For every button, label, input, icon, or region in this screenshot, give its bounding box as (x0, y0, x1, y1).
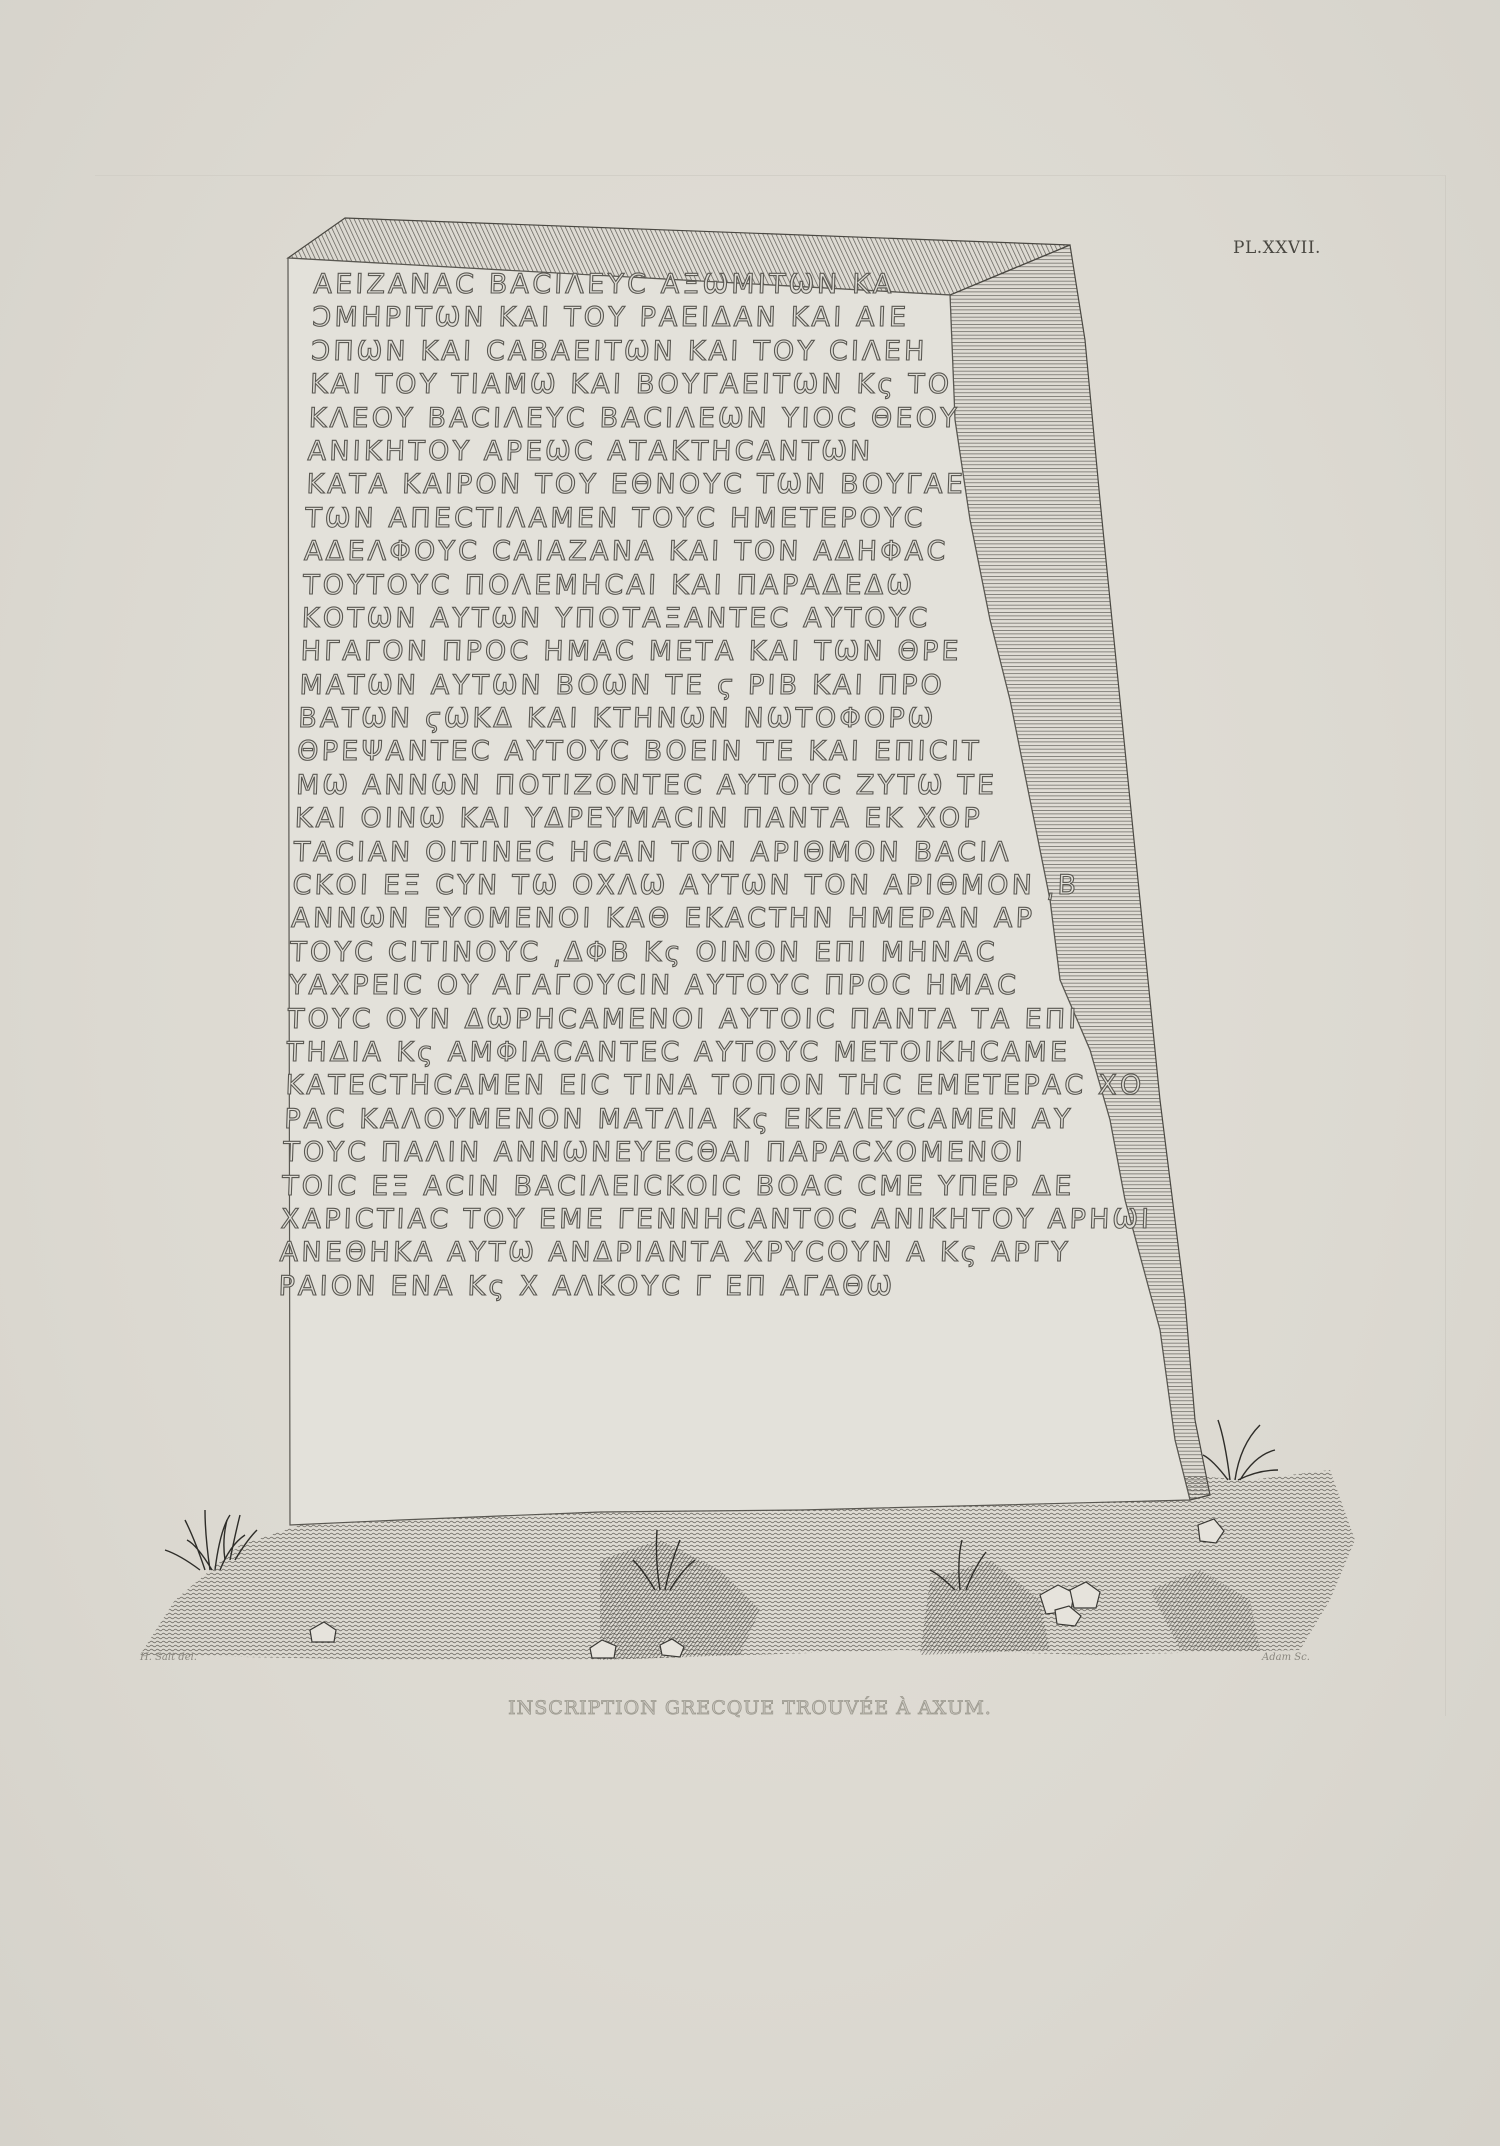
inscription-line: ΤΗΔΙΑ Κς ΑΜΦΙΑϹΑΝΤΕϹ ΑΥΤΟΥϹ ΜΕΤΟΙΚΗϹΑΜΕ (286, 1036, 1207, 1069)
greek-inscription: ΑΕΙΖΑΝΑϹ ΒΑϹΙΛΕΥϹ ΑΞѠΜΙΤѠΝ ΚΑ ϽΜΗΡΙΤѠΝ Κ… (278, 268, 1234, 1303)
inscription-line: ΤΟΥΤΟΥϹ ΠΟΛΕΜΗϹΑΙ ΚΑΙ ΠΑΡΑΔΕΔѠ (302, 569, 1223, 602)
inscription-line: ΚΑΙ ΟΙΝѠ ΚΑΙ ΥΔΡΕΥΜΑϹΙΝ ΠΑΝΤΑ ΕΚ ΧΟΡ (294, 802, 1215, 835)
inscription-line: ΚΑΤΕϹΤΗϹΑΜΕΝ ΕΙϹ ΤΙΝΑ ΤΟΠΟΝ ΤΗϹ ΕΜΕΤΕΡΑϹ… (285, 1069, 1206, 1102)
inscription-line: ϽΜΗΡΙΤѠΝ ΚΑΙ ΤΟΥ ΡΑΕΙΔΑΝ ΚΑΙ ΑΙΕ (312, 301, 1233, 334)
inscription-line: ΑΝΝѠΝ ΕΥΟΜΕΝΟΙ ΚΑΘ ΕΚΑϹΤΗΝ ΗΜΕΡΑΝ ΑΡ (291, 902, 1212, 935)
inscription-line: ΑΔΕΛΦΟΥϹ ϹΑΙΑΖΑΝΑ ΚΑΙ ΤΟΝ ΑΔΗΦΑϹ (304, 535, 1225, 568)
inscription-line: ΡΑΙΟΝ ΕΝΑ Κς Χ ΑΛΚΟΥϹ Γ ΕΠ ΑΓΑΘѠ (278, 1270, 1199, 1303)
inscription-line: ΡΑϹ ΚΑΛΟΥΜΕΝΟΝ ΜΑΤΛΙΑ Κς ΕΚΕΛΕΥϹΑΜΕΝ ΑΥ (284, 1103, 1205, 1136)
inscription-line: ΚΑΙ ΤΟΥ ΤΙΑΜѠ ΚΑΙ ΒΟΥΓΑΕΙΤѠΝ Κς ΤΟ (309, 368, 1230, 401)
inscription-line: ΜΑΤѠΝ ΑΥΤѠΝ ΒΟѠΝ ΤΕ ϛ ΡΙΒ ΚΑΙ ΠΡΟ (299, 669, 1220, 702)
inscription-line: ΘΡΕΨΑΝΤΕϹ ΑΥΤΟΥϹ ΒΟΕΙΝ ΤΕ ΚΑΙ ΕΠΙϹΙΤ (297, 735, 1218, 768)
inscription-line: ΚΑΤΑ ΚΑΙΡΟΝ ΤΟΥ ΕΘΝΟΥϹ ΤѠΝ ΒΟΥΓΑΕ (306, 468, 1227, 501)
inscription-line: ΑΝΕΘΗΚΑ ΑΥΤѠ ΑΝΔΡΙΑΝΤΑ ΧΡΥϹΟΥΝ Α Κς ΑΡΓΥ (279, 1236, 1200, 1269)
plate-caption: INSCRIPTION GRECQUE TROUVÉE À AXUM. (0, 1697, 1500, 1719)
inscription-line: ϽΠѠΝ ΚΑΙ ϹΑΒΑΕΙΤѠΝ ΚΑΙ ΤΟΥ ϹΙΛΕΗ (311, 335, 1232, 368)
inscription-line: ΤΑϹΙΑΝ ΟΙΤΙΝΕϹ ΗϹΑΝ ΤΟΝ ΑΡΙΘΜΟΝ ΒΑϹΙΛ (293, 836, 1214, 869)
inscription-line: ΒΑΤѠΝ ϛѠΚΔ ΚΑΙ ΚΤΗΝѠΝ ΝѠΤΟΦΟΡѠ (298, 702, 1219, 735)
inscription-line: ΤΟΥϹ ΟΥΝ ΔѠΡΗϹΑΜΕΝΟΙ ΑΥΤΟΙϹ ΠΑΝΤΑ ΤΑ ΕΠΙ (287, 1003, 1208, 1036)
inscription-line: ΤΟΥϹ ΠΑΛΙΝ ΑΝΝѠΝΕΥΕϹΘΑΙ ΠΑΡΑϹΧΟΜΕΝΟΙ (283, 1136, 1204, 1169)
inscription-line: ΤѠΝ ΑΠΕϹΤΙΛΑΜΕΝ ΤΟΥϹ ΗΜΕΤΕΡΟΥϹ (305, 502, 1226, 535)
inscription-line: ΤΟΥϹ ϹΙΤΙΝΟΥϹ ͵ΔΦΒ Κς ΟΙΝΟΝ ΕΠΙ ΜΗΝΑϹ (290, 936, 1211, 969)
inscription-line: ΜѠ ΑΝΝѠΝ ΠΟΤΙΖΟΝΤΕϹ ΑΥΤΟΥϹ ΖΥΤѠ ΤΕ (295, 769, 1216, 802)
inscription-line: ΧΑΡΙϹΤΙΑϹ ΤΟΥ ΕΜΕ ΓΕΝΝΗϹΑΝΤΟϹ ΑΝΙΚΗΤΟΥ Α… (280, 1203, 1201, 1236)
engraver-credit: Adam Sc. (1262, 1652, 1310, 1663)
inscription-line: ΥΑΧΡΕΙϹ ΟΥ ΑΓΑΓΟΥϹΙΝ ΑΥΤΟΥϹ ΠΡΟϹ ΗΜΑϹ (288, 969, 1209, 1002)
inscription-line: ΚΛΕΟΥ ΒΑϹΙΛΕΥϹ ΒΑϹΙΛΕѠΝ ΥΙΟϹ ΘΕΟΥ (308, 402, 1229, 435)
inscription-line: ΗΓΑΓΟΝ ΠΡΟϹ ΗΜΑϹ ΜΕΤΑ ΚΑΙ ΤѠΝ ΘΡΕ (300, 635, 1221, 668)
inscription-line: ΤΟΙϹ ΕΞ ΑϹΙΝ ΒΑϹΙΛΕΙϹΚΟΙϹ ΒΟΑϹ ϹΜΕ ΥΠΕΡ … (281, 1170, 1202, 1203)
artist-credit: H. Salt del. (140, 1652, 197, 1663)
inscription-line: ΚΟΤѠΝ ΑΥΤѠΝ ΥΠΟΤΑΞΑΝΤΕϹ ΑΥΤΟΥϹ (301, 602, 1222, 635)
inscription-line: ΑΕΙΖΑΝΑϹ ΒΑϹΙΛΕΥϹ ΑΞѠΜΙΤѠΝ ΚΑ (313, 268, 1234, 301)
inscription-line: ΑΝΙΚΗΤΟΥ ΑΡΕѠϹ ΑΤΑΚΤΗϹΑΝΤѠΝ (307, 435, 1228, 468)
inscription-line: ϹΚΟΙ ΕΞ ϹΥΝ ΤѠ ΟΧΛѠ ΑΥΤѠΝ ΤΟΝ ΑΡΙΘΜΟΝ ͵Β (292, 869, 1213, 902)
